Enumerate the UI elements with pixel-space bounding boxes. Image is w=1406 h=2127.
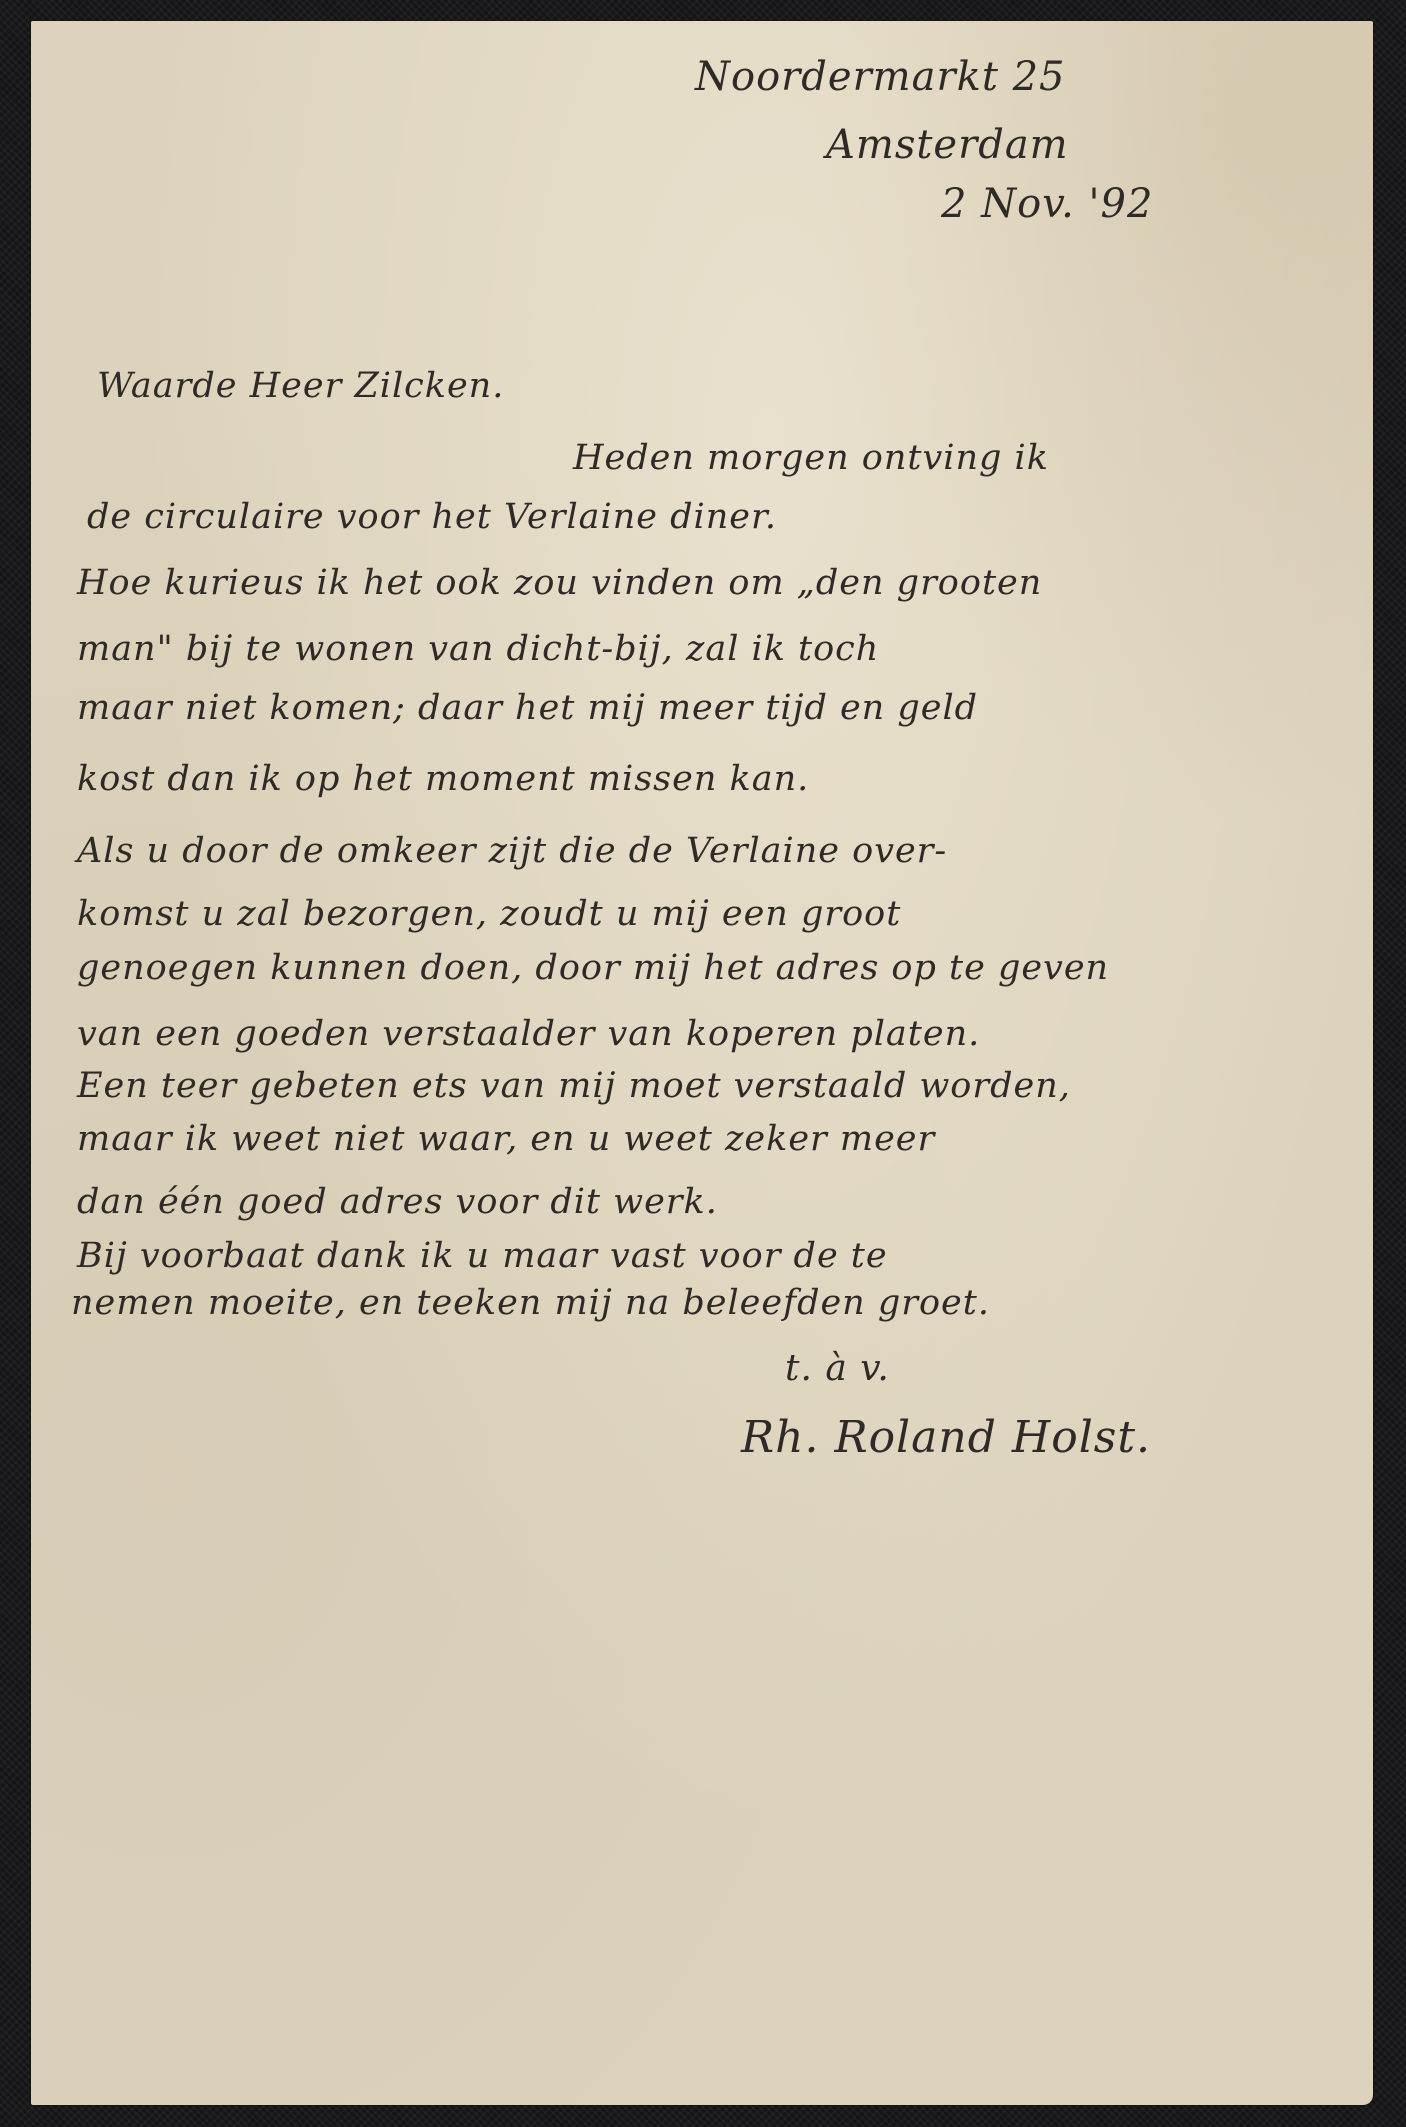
letter-line: man" bij te wonen van dicht-bij, zal ik … [77, 632, 879, 667]
letter-line: van een goeden verstaalder van koperen p… [77, 1017, 980, 1052]
letter-line: dan één goed adres voor dit werk. [77, 1185, 718, 1220]
letter-line: maar ik weet niet waar, en u weet zeker … [77, 1122, 935, 1157]
letter-line: kost dan ik op het moment missen kan. [77, 762, 809, 797]
letter-line: de circulaire voor het Verlaine diner. [87, 500, 777, 535]
letter-line: genoegen kunnen doen, door mij het adres… [77, 951, 1109, 986]
letter-line: Als u door de omkeer zijt die de Verlain… [77, 834, 947, 869]
letter-line: nemen moeite, en teeken mij na beleefden… [71, 1286, 990, 1321]
signature: Rh. Roland Holst. [741, 1416, 1151, 1460]
letter-line: komst u zal bezorgen, zoudt u mij een gr… [77, 897, 901, 932]
closing: t. à v. [785, 1351, 890, 1387]
letter-line: maar niet komen; daar het mij meer tijd … [77, 691, 978, 726]
letter-line: Heden morgen ontving ik [573, 441, 1049, 476]
letter-paper: Noordermarkt 25 Amsterdam 2 Nov. '92 Waa… [31, 21, 1373, 2105]
address-line: Noordermarkt 25 [695, 57, 1066, 97]
letter-line: Hoe kurieus ik het ook zou vinden om „de… [77, 566, 1042, 601]
letter-line: Bij voorbaat dank ik u maar vast voor de… [77, 1239, 888, 1274]
date-line: 2 Nov. '92 [941, 184, 1153, 224]
city-line: Amsterdam [826, 125, 1069, 165]
salutation: Waarde Heer Zilcken. [97, 369, 504, 404]
letter-line: Een teer gebeten ets van mij moet versta… [77, 1069, 1071, 1104]
